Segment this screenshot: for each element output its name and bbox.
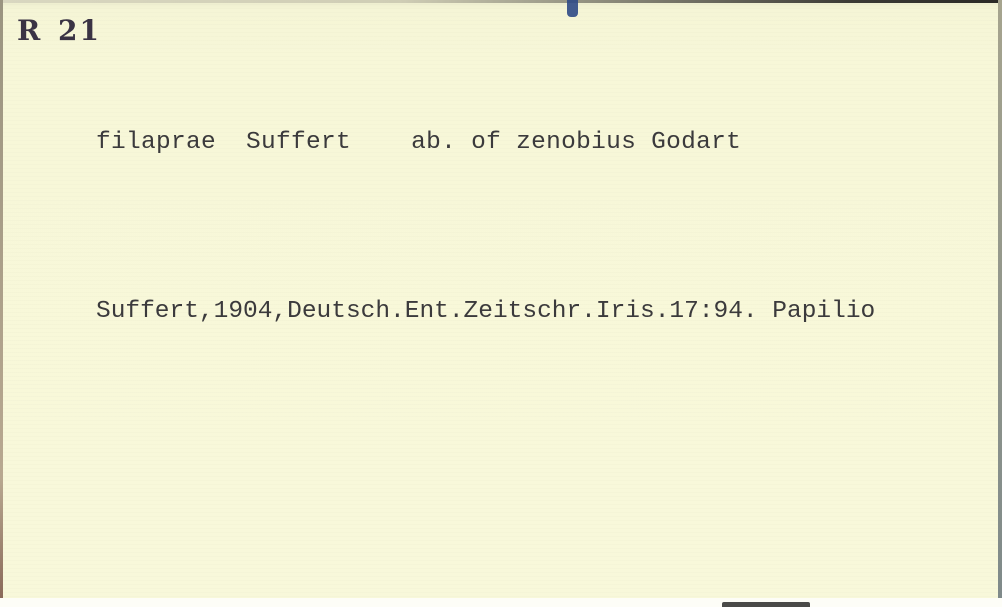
card-top-edge	[0, 0, 1002, 3]
card-right-edge	[998, 0, 1002, 598]
blue-ink-mark	[567, 0, 578, 17]
taxon-name: filaprae	[96, 129, 216, 156]
index-card: R 21 filaprae Suffert ab. of zenobius Go…	[0, 0, 1002, 598]
taxon-author: Suffert	[246, 129, 351, 156]
card-id-stamp: R 21	[17, 14, 101, 47]
card-left-edge	[0, 0, 3, 598]
reference-line: Suffert,1904,Deutsch.Ent.Zeitschr.Iris.1…	[96, 298, 875, 325]
scan-background	[0, 598, 1002, 607]
taxon-status: ab. of zenobius Godart	[411, 129, 741, 156]
name-line: filaprae Suffert ab. of zenobius Godart	[96, 129, 741, 156]
bottom-edge-mark	[722, 602, 810, 607]
